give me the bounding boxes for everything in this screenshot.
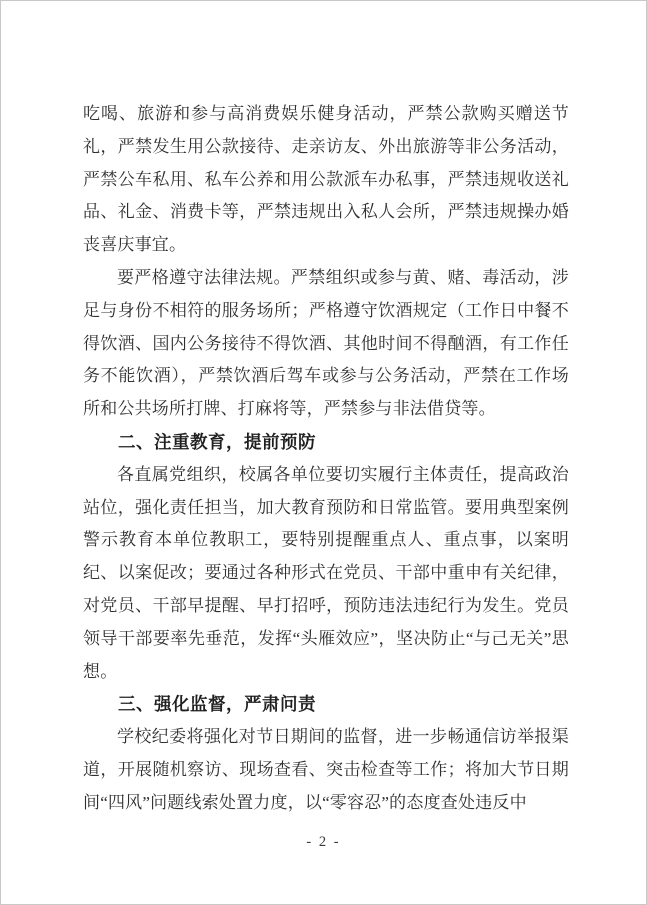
- paragraph-law-compliance: 要严格遵守法律法规。严禁组织或参与黄、赌、毒活动，涉足与身份不相符的服务场所；严…: [83, 262, 569, 426]
- paragraph-supervision-accountability: 学校纪委将强化对节日期间的监督，进一步畅通信访举报渠道，开展随机察访、现场查看、…: [83, 721, 569, 819]
- section-heading-3: 三、强化监督，严肃问责: [83, 688, 569, 721]
- document-page: 吃喝、旅游和参与高消费娱乐健身活动，严禁公款购买赠送节礼，严禁发生用公款接待、走…: [0, 0, 647, 905]
- page-number: - 2 -: [1, 834, 646, 851]
- section-heading-2: 二、注重教育，提前预防: [83, 426, 569, 459]
- paragraph-continuation: 吃喝、旅游和参与高消费娱乐健身活动，严禁公款购买赠送节礼，严禁发生用公款接待、走…: [83, 98, 569, 262]
- paragraph-education-prevention: 各直属党组织，校属各单位要切实履行主体责任，提高政治站位，强化责任担当，加大教育…: [83, 459, 569, 689]
- document-body: 吃喝、旅游和参与高消费娱乐健身活动，严禁公款购买赠送节礼，严禁发生用公款接待、走…: [83, 98, 569, 820]
